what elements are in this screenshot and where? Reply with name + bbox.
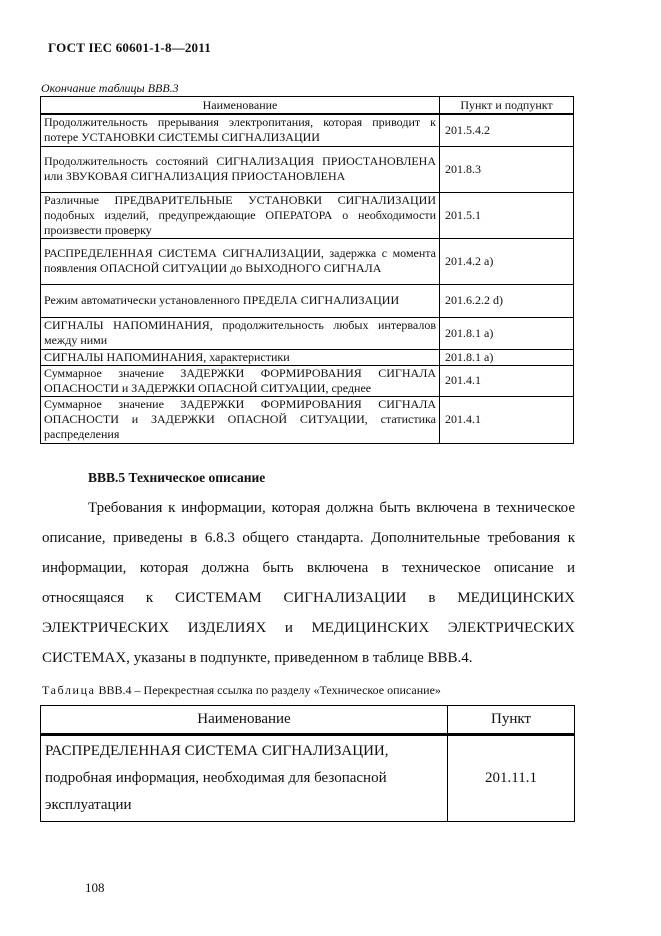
table-row: СИГНАЛЫ НАПОМИНАНИЯ, характеристики 201.… (41, 349, 574, 365)
row-name: РАСПРЕДЕЛЕННАЯ СИСТЕМА СИГНАЛИЗАЦИИ, зад… (41, 238, 440, 284)
table-bbb4: Наименование Пункт РАСПРЕДЕЛЕННАЯ СИСТЕМ… (40, 705, 575, 822)
table-header-row: Наименование Пункт и подпункт (41, 97, 574, 115)
row-name: Суммарное значение ЗАДЕРЖКИ ФОРМИРОВАНИЯ… (41, 396, 440, 443)
paragraph-text: Требования к информации, которая должна … (42, 500, 575, 666)
row-ref: 201.11.1 (448, 735, 575, 822)
table-row: Различные ПРЕДВАРИТЕЛЬНЫЕ УСТАНОВКИ СИГН… (41, 192, 574, 238)
table-bbb3: Наименование Пункт и подпункт Продолжите… (40, 96, 574, 444)
table-row: Продолжительность прерывания электропита… (41, 114, 574, 146)
document-header: ГОСТ IEC 60601-1-8—2011 (48, 40, 211, 56)
row-name: Суммарное значение ЗАДЕРЖКИ ФОРМИРОВАНИЯ… (41, 365, 440, 396)
row-ref: 201.8.1 a) (440, 349, 574, 365)
row-ref: 201.8.3 (440, 146, 574, 192)
table-row: Суммарное значение ЗАДЕРЖКИ ФОРМИРОВАНИЯ… (41, 365, 574, 396)
table-bbb3-caption: Окончание таблицы BBB.3 (41, 81, 179, 96)
row-ref: 201.4.1 (440, 396, 574, 443)
column-header-ref: Пункт (448, 706, 575, 735)
row-name: Различные ПРЕДВАРИТЕЛЬНЫЕ УСТАНОВКИ СИГН… (41, 192, 440, 238)
row-name: Продолжительность состояний СИГНАЛИЗАЦИЯ… (41, 146, 440, 192)
table-row: Режим автоматически установленного ПРЕДЕ… (41, 284, 574, 317)
row-ref: 201.4.1 (440, 365, 574, 396)
row-ref: 201.4.2 a) (440, 238, 574, 284)
column-header-name: Наименование (41, 706, 448, 735)
row-name: СИГНАЛЫ НАПОМИНАНИЯ, характеристики (41, 349, 440, 365)
table-row: СИГНАЛЫ НАПОМИНАНИЯ, продолжительность л… (41, 317, 574, 349)
caption-text: BBB.4 – Перекрестная ссылка по разделу «… (99, 683, 441, 697)
row-name: СИГНАЛЫ НАПОМИНАНИЯ, продолжительность л… (41, 317, 440, 349)
caption-label: Таблица (42, 683, 96, 697)
column-header-name: Наименование (41, 97, 440, 115)
row-ref: 201.5.4.2 (440, 114, 574, 146)
column-header-ref: Пункт и подпункт (440, 97, 574, 115)
row-ref: 201.6.2.2 d) (440, 284, 574, 317)
page-number: 108 (85, 880, 105, 896)
section-title: BBB.5 Техническое описание (88, 470, 265, 486)
table-row: РАСПРЕДЕЛЕННАЯ СИСТЕМА СИГНАЛИЗАЦИИ, под… (41, 735, 575, 822)
row-name: РАСПРЕДЕЛЕННАЯ СИСТЕМА СИГНАЛИЗАЦИИ, под… (41, 735, 448, 822)
row-ref: 201.8.1 a) (440, 317, 574, 349)
section-paragraph: Требования к информации, которая должна … (42, 493, 575, 673)
row-name: Продолжительность прерывания электропита… (41, 114, 440, 146)
row-ref: 201.5.1 (440, 192, 574, 238)
table-row: Суммарное значение ЗАДЕРЖКИ ФОРМИРОВАНИЯ… (41, 396, 574, 443)
table-header-row: Наименование Пункт (41, 706, 575, 735)
table-row: Продолжительность состояний СИГНАЛИЗАЦИЯ… (41, 146, 574, 192)
row-name: Режим автоматически установленного ПРЕДЕ… (41, 284, 440, 317)
table-bbb4-caption: Таблица BBB.4 – Перекрестная ссылка по р… (42, 683, 441, 698)
table-row: РАСПРЕДЕЛЕННАЯ СИСТЕМА СИГНАЛИЗАЦИИ, зад… (41, 238, 574, 284)
